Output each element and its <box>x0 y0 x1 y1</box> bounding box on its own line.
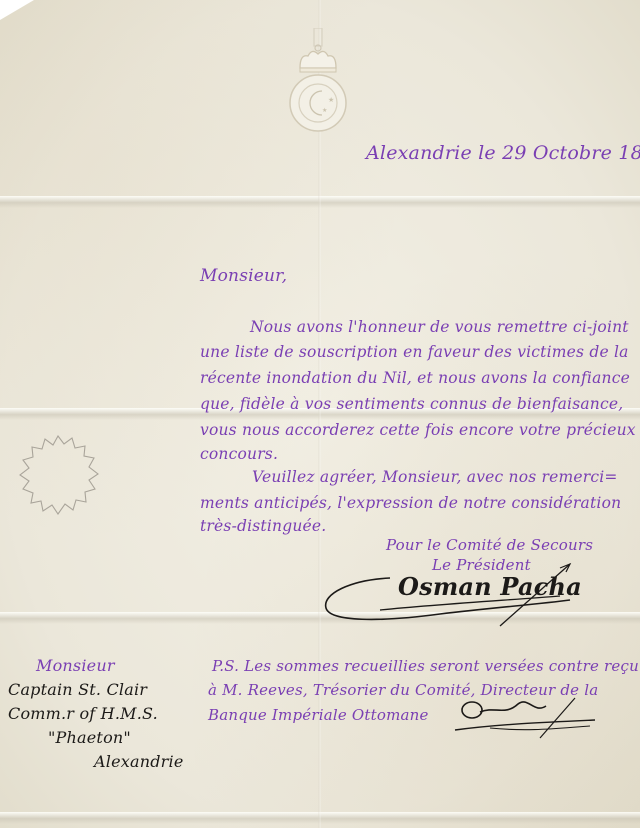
body-line: concours. <box>200 445 278 463</box>
body-line: Nous avons l'honneur de vous remettre ci… <box>250 318 629 336</box>
body-line: que, fidèle à vos sentiments connus de b… <box>200 395 623 413</box>
postscript-line: Banque Impériale Ottomane <box>208 706 429 724</box>
body-line: ments anticipés, l'expression de notre c… <box>200 494 621 512</box>
body-line: récente inondation du Nil, et nous avons… <box>200 369 630 387</box>
body-line: une liste de souscription en faveur des … <box>200 343 629 361</box>
signature: Osman Pacha <box>398 572 582 601</box>
postscript-line: P.S. Les sommes recueillies seront versé… <box>212 657 639 675</box>
address-salutation: Monsieur <box>36 656 115 675</box>
address-line: Comm.r of H.M.S. <box>8 704 158 723</box>
postscript-signature-icon <box>450 688 600 740</box>
letter-page: ★ ★ Alexandrie le 29 Octobre 1867 Monsie… <box>0 0 640 828</box>
closing-committee: Pour le Comité de Secours <box>386 536 593 554</box>
wax-seal-outline-icon <box>12 430 104 522</box>
folded-corner <box>0 0 34 20</box>
address-line: "Phaeton" <box>48 728 131 747</box>
salutation: Monsieur, <box>200 266 287 286</box>
address-line: Alexandrie <box>94 752 183 771</box>
embossed-seal-icon: ★ ★ <box>286 28 350 138</box>
svg-text:★: ★ <box>328 96 334 104</box>
body-line: vous nous accorderez cette fois encore v… <box>200 421 636 439</box>
address-line: Captain St. Clair <box>8 680 147 699</box>
date-line: Alexandrie le 29 Octobre 1867 <box>366 142 640 164</box>
svg-text:★: ★ <box>322 107 327 114</box>
body-line: Veuillez agréer, Monsieur, avec nos reme… <box>252 468 618 486</box>
body-line: très-distinguée. <box>200 517 326 535</box>
